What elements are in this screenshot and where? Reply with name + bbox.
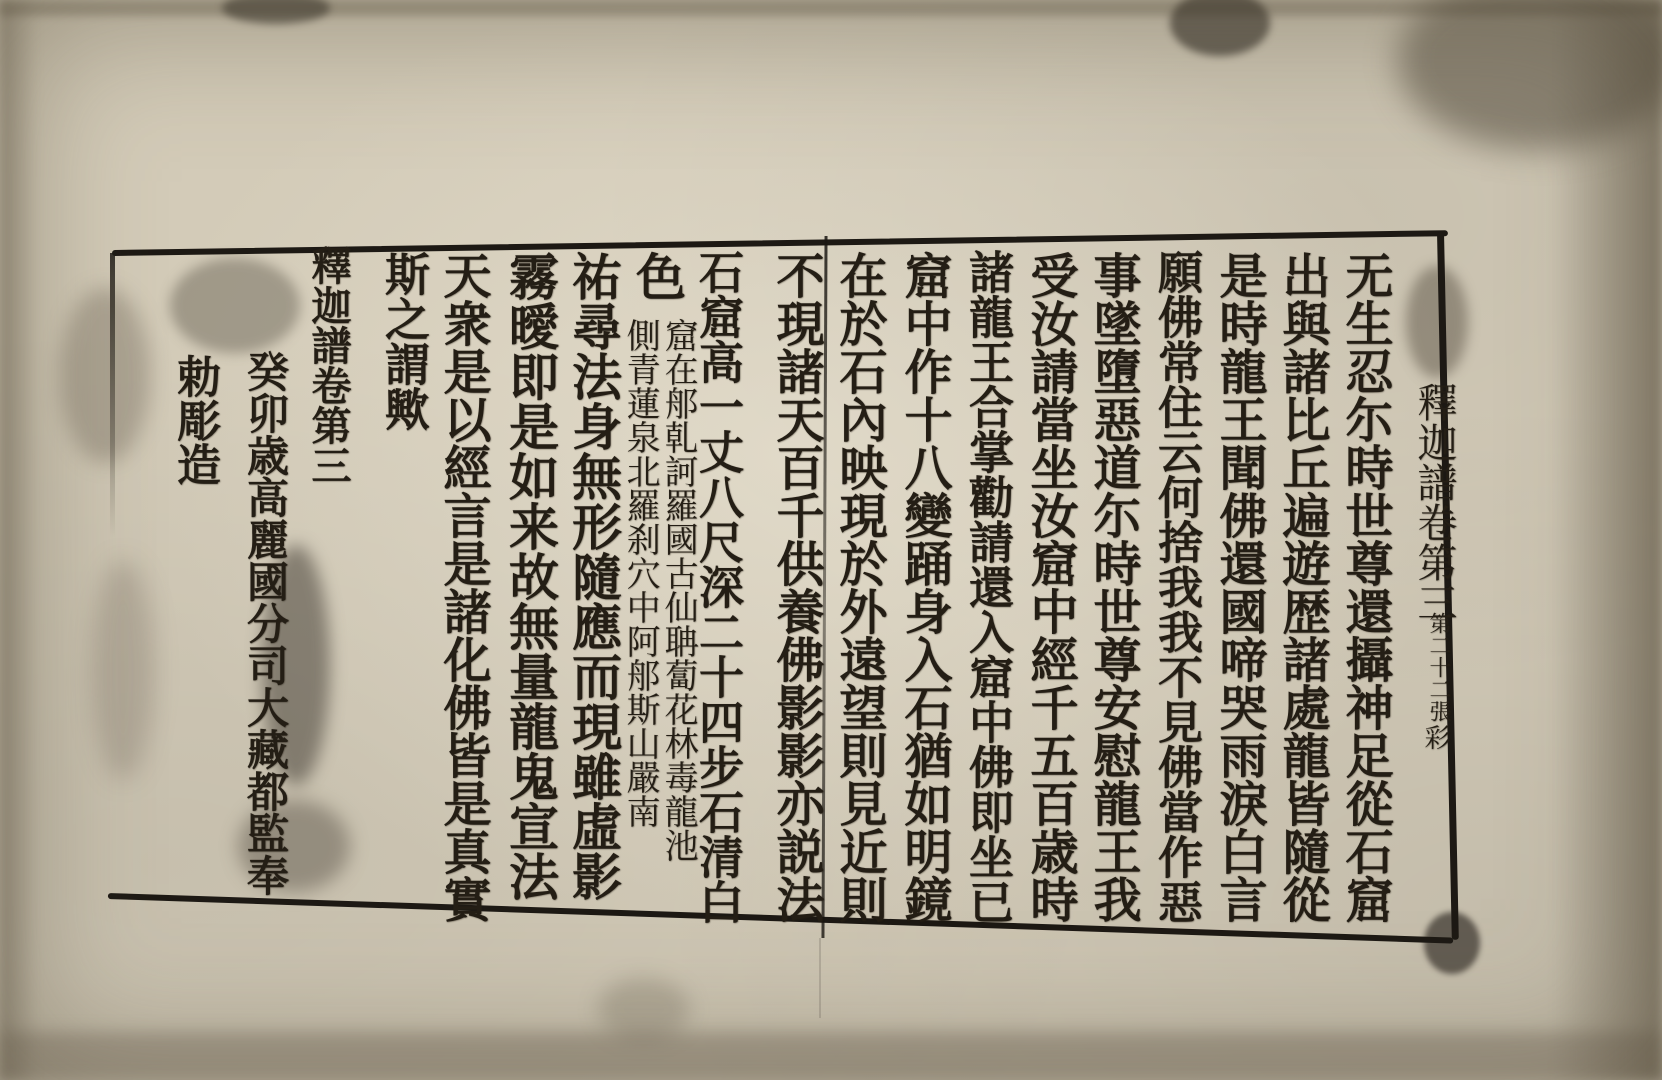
fold-crease	[821, 236, 827, 938]
smudge-left-margin-low	[92, 560, 154, 780]
interlinear-note-left: 側青蓮泉北羅刹穴中阿郍斯山嚴南	[620, 318, 658, 862]
smudge-right-margin	[1406, 266, 1468, 378]
bottom-edge-shadow	[0, 1032, 1662, 1080]
smudge-left-margin	[60, 288, 150, 463]
body-column-15: 天衆是以經言是諸化佛皆是真實	[438, 251, 486, 923]
fold-crease-tail	[819, 938, 821, 1018]
top-center-tear-mark	[1170, 0, 1270, 56]
body-column-8: 窟中作十八變踊身入石猶如明鏡	[899, 251, 947, 923]
body-column-7: 諸龍王合掌勸請還入窟中佛即坐已	[964, 249, 1009, 924]
body-column-6: 受汝請當坐汝窟中經千五百歳時	[1025, 251, 1073, 923]
right-edge-band	[1552, 0, 1662, 1080]
body-column-10: 不現諸天百千供養佛影影亦説法	[771, 251, 819, 923]
body-column-16: 斯之謂歟	[380, 251, 425, 431]
smudge-top-left-frame	[170, 258, 300, 353]
body-column-11: 石窟高一丈八尺深二十四步石清白	[694, 249, 739, 924]
colophon-line-1: 癸卯歳高麗國分司大藏都監奉	[243, 350, 285, 896]
body-column-5: 事墜墮惡道尓時世尊安慰龍王我	[1088, 251, 1136, 923]
ink-blob-frame-corner	[1424, 912, 1480, 974]
body-column-9: 在於石內映現於外遠望則見近則	[834, 251, 882, 923]
body-column-14: 霧曖即是如来故無量龍鬼宣法	[505, 251, 555, 901]
margin-small-title: 釋迦譜卷第三	[1414, 382, 1454, 622]
body-column-4: 願佛常住云何捨我我不見佛當作惡	[1153, 249, 1198, 924]
interlinear-note: 窟在郍乹訶羅國古仙聃蔔花林毒龍池 側青蓮泉北羅刹穴中阿郍斯山嚴南	[620, 318, 696, 862]
top-left-tear-mark	[222, 0, 330, 24]
frame-left-border	[110, 253, 115, 538]
margin-sheet-number: 第二十二張	[1428, 612, 1450, 722]
left-edge-shadow	[0, 0, 38, 1080]
colophon-line-2: 勅彫造	[172, 354, 216, 486]
interlinear-note-right: 窟在郍乹訶羅國古仙聃蔔花林毒龍池	[658, 318, 696, 862]
scanned-sutra-page: 釋迦譜卷第三 第二十二張 彩 无生忍尓時世尊還攝神足從石窟 出與諸比丘遍遊歴諸處…	[0, 0, 1662, 1080]
faint-mark-bottom	[598, 978, 690, 1040]
body-column-1: 无生忍尓時世尊還攝神足從石窟	[1340, 251, 1388, 923]
top-edge-shadow	[0, 0, 1662, 16]
body-column-2: 出與諸比丘遍遊歴諸處龍皆隨從	[1277, 251, 1325, 923]
body-column-13: 祐尋法身無形隨應而現雖虛影	[568, 251, 618, 901]
top-right-corner-shade	[1398, 0, 1662, 150]
body-column-12-head: 色	[632, 251, 682, 301]
margin-mark: 彩	[1422, 724, 1448, 750]
body-column-3: 是時龍王聞佛還國啼哭雨淚白言	[1214, 251, 1262, 923]
end-title: 釋迦譜卷第三	[308, 245, 348, 485]
